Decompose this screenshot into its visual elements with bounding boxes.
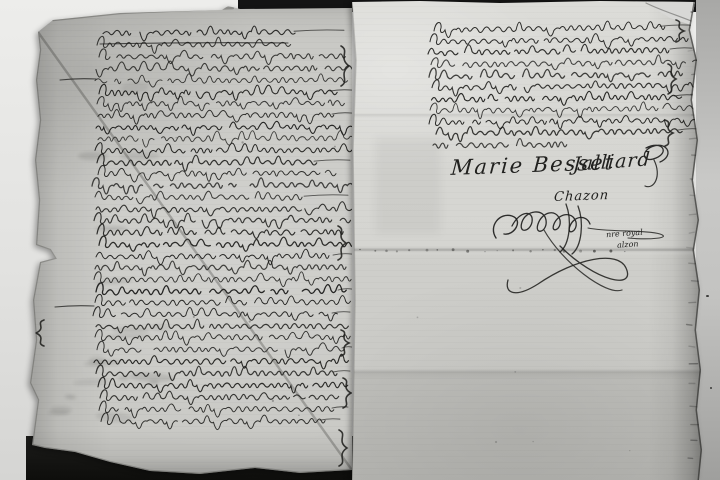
right-page-handwriting [0, 0, 720, 480]
right-page: Marie Besset Jalliard Chazon nre royal a… [0, 0, 720, 480]
manuscript-photo: Marie Besset Jalliard Chazon nre royal a… [0, 0, 720, 480]
signature-chazon: Chazon [553, 188, 609, 205]
right-page-wrap: Marie Besset Jalliard Chazon nre royal a… [0, 0, 720, 480]
notary-annotation-line2: alzon [617, 239, 639, 249]
